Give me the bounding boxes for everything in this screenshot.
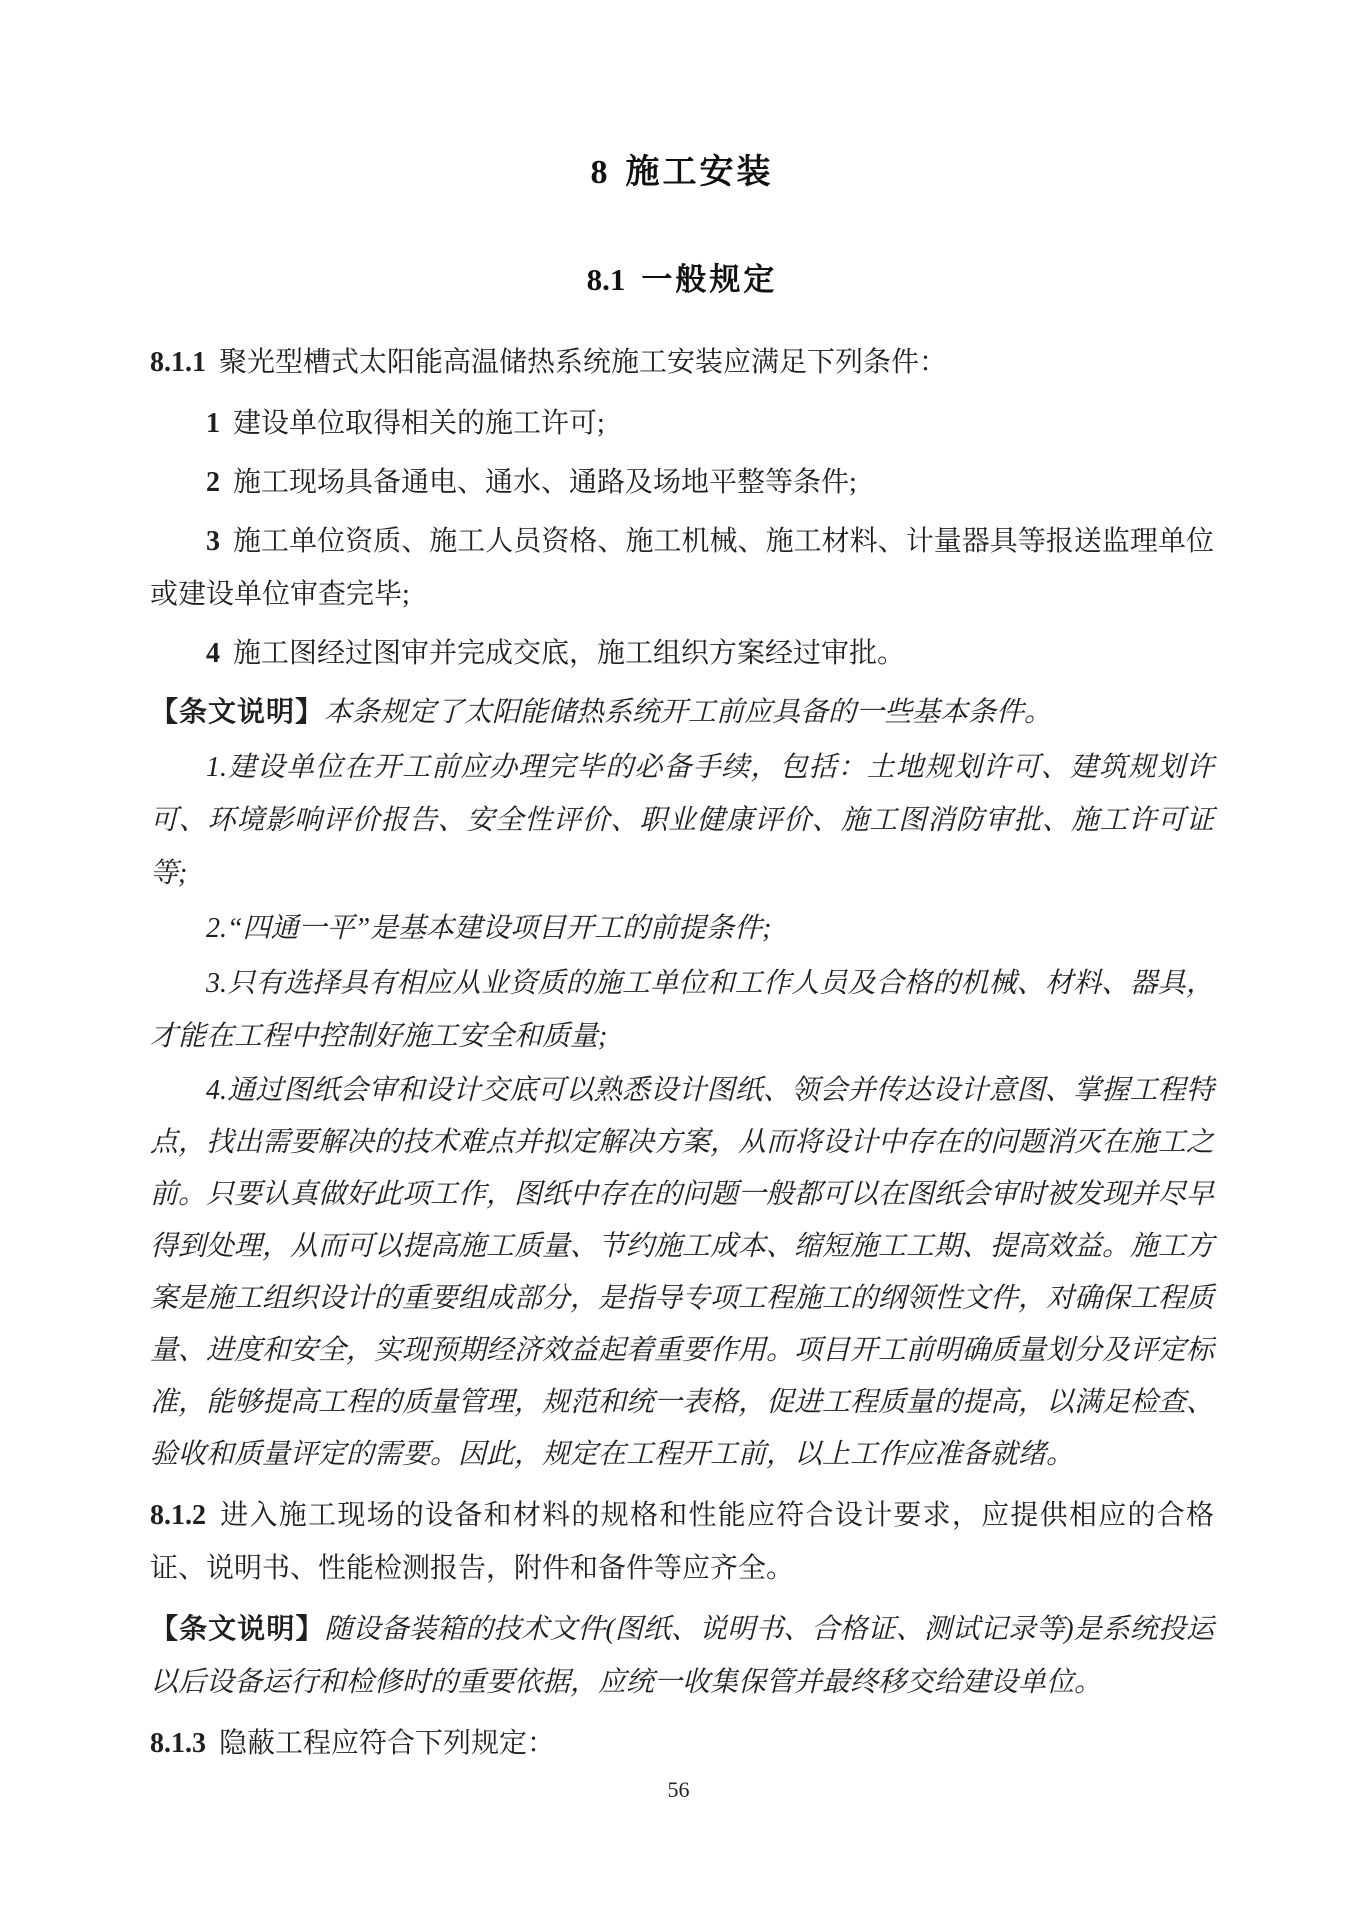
clause-8-1-3: 8.1.3隐蔽工程应符合下列规定： [150, 1717, 1214, 1770]
explanatory-note-8-1-1: 【条文说明】本条规定了太阳能储热系统开工前应具备的一些基本条件。 [150, 686, 1214, 739]
chapter-title: 8施工安装 [150, 150, 1214, 196]
item-number: 4 [206, 638, 220, 669]
note-paragraph-1: 1.建设单位在开工前应办理完毕的必备手续，包括：土地规划许可、建筑规划许可、环境… [150, 741, 1214, 900]
page-number: 56 [0, 1776, 1357, 1804]
section-title-text: 一般规定 [641, 262, 777, 297]
clause-number: 8.1.1 [150, 347, 206, 378]
list-item-3: 3施工单位资质、施工人员资格、施工机械、施工材料、计量器具等报送监理单位或建设单… [150, 515, 1214, 621]
note-paragraph-4: 4.通过图纸会审和设计交底可以熟悉设计图纸、领会并传达设计意图、掌握工程特点，找… [150, 1065, 1214, 1481]
list-item-1: 1建设单位取得相关的施工许可; [150, 397, 1214, 450]
note-paragraph-3: 3.只有选择具有相应从业资质的施工单位和工作人员及合格的机械、材料、器具，才能在… [150, 957, 1214, 1063]
item-text: 建设单位取得相关的施工许可; [233, 408, 605, 439]
clause-text: 聚光型槽式太阳能高温储热系统施工安装应满足下列条件： [219, 347, 947, 378]
explanatory-note-8-1-2: 【条文说明】随设备装箱的技术文件(图纸、说明书、合格证、测试记录等)是系统投运以… [150, 1603, 1214, 1709]
clause-text: 隐蔽工程应符合下列规定： [219, 1728, 555, 1759]
note-label: 【条文说明】 [150, 697, 324, 728]
clause-8-1-1: 8.1.1聚光型槽式太阳能高温储热系统施工安装应满足下列条件： [150, 336, 1214, 389]
item-text: 施工图经过图审并完成交底，施工组织方案经过审批。 [233, 638, 905, 669]
chapter-title-text: 施工安装 [626, 154, 774, 191]
note-text: 本条规定了太阳能储热系统开工前应具备的一些基本条件。 [324, 697, 1052, 728]
list-item-4: 4施工图经过图审并完成交底，施工组织方案经过审批。 [150, 627, 1214, 680]
document-page: 8施工安装 8.1一般规定 8.1.1聚光型槽式太阳能高温储热系统施工安装应满足… [0, 0, 1357, 1920]
list-item-2: 2施工现场具备通电、通水、通路及场地平整等条件; [150, 456, 1214, 509]
clause-text: 进入施工现场的设备和材料的规格和性能应符合设计要求，应提供相应的合格证、说明书、… [150, 1500, 1214, 1584]
section-number: 8.1 [587, 262, 626, 297]
section-title: 8.1一般规定 [150, 258, 1214, 302]
body-content: 8.1.1聚光型槽式太阳能高温储热系统施工安装应满足下列条件： 1建设单位取得相… [150, 336, 1214, 1770]
item-number: 1 [206, 408, 220, 439]
item-text: 施工单位资质、施工人员资格、施工机械、施工材料、计量器具等报送监理单位或建设单位… [150, 526, 1214, 610]
clause-8-1-2: 8.1.2进入施工现场的设备和材料的规格和性能应符合设计要求，应提供相应的合格证… [150, 1489, 1214, 1595]
note-label: 【条文说明】 [150, 1614, 325, 1645]
item-number: 3 [206, 526, 220, 557]
chapter-number: 8 [591, 154, 608, 191]
clause-number: 8.1.3 [150, 1728, 206, 1759]
clause-number: 8.1.2 [150, 1500, 206, 1531]
note-paragraph-2: 2.“四通一平”是基本建设项目开工的前提条件; [150, 902, 1214, 955]
item-number: 2 [206, 467, 220, 498]
item-text: 施工现场具备通电、通水、通路及场地平整等条件; [233, 467, 857, 498]
